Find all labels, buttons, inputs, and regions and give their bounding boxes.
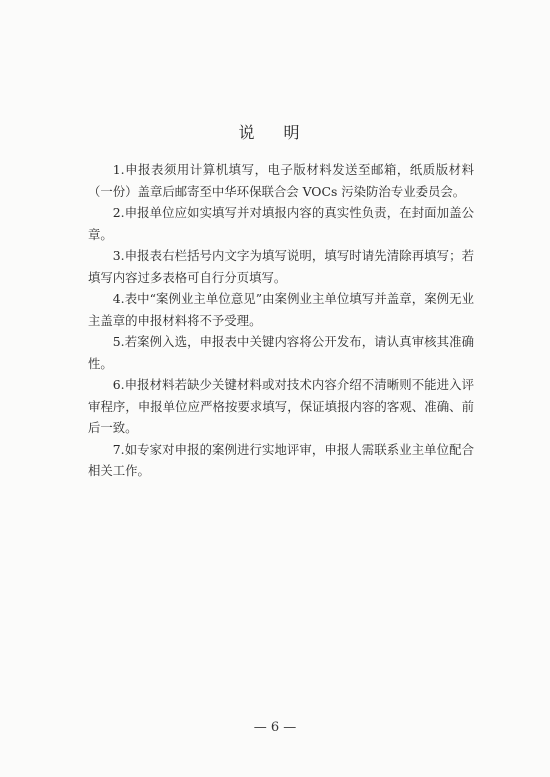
instruction-paragraph-3: 3.申报表右栏括号内文字为填写说明，填写时请先清除再填写；若填写内容过多表格可自… <box>88 245 474 288</box>
instruction-paragraph-5: 5.若案例入选，申报表中关键内容将公开发布，请认真审核其准确性。 <box>88 331 474 374</box>
instruction-paragraph-6: 6.申报材料若缺少关键材料或对技术内容介绍不清晰则不能进入评审程序，申报单位应严… <box>88 374 474 439</box>
page-title: 说 明 <box>0 120 550 143</box>
instruction-paragraph-1: 1.申报表须用计算机填写，电子版材料发送至邮箱，纸质版材料（一份）盖章后邮寄至中… <box>88 159 474 202</box>
instruction-paragraph-4: 4.表中“案例业主单位意见”由案例业主单位填写并盖章，案例无业主盖章的申报材料将… <box>88 288 474 331</box>
instruction-paragraph-2: 2.申报单位应如实填写并对填报内容的真实性负责，在封面加盖公章。 <box>88 202 474 245</box>
instruction-paragraph-7: 7.如专家对申报的案例进行实地评审，申报人需联系业主单位配合相关工作。 <box>88 439 474 482</box>
page-number: — 6 — <box>0 720 550 735</box>
instructions-body: 1.申报表须用计算机填写，电子版材料发送至邮箱，纸质版材料（一份）盖章后邮寄至中… <box>88 159 474 482</box>
